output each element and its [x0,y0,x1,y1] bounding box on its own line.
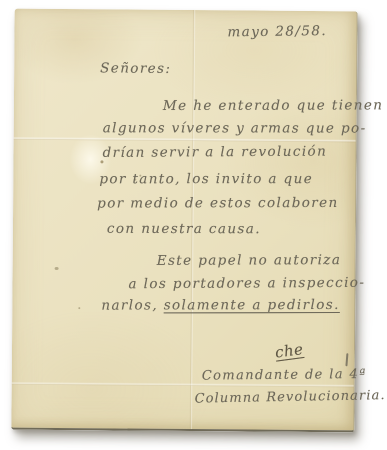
letter-line-text: narlos, [101,297,163,313]
letter-line: narlos, solamente a pedirlos. [101,297,339,314]
letter-line: por medio de estos colaboren [97,195,339,212]
letter-paper: mayo 28/58. Señores: Me he enterado que … [11,9,357,433]
letter-line: por tanto, los invito a que [99,171,313,187]
underlined-phrase: solamente a pedirlos. [164,297,340,313]
signature-che: che [274,340,305,362]
paper-speck [78,307,80,309]
photo-of-letter: mayo 28/58. Señores: Me he enterado que … [0,0,387,450]
letter-line: Este papel no autoriza [157,252,342,269]
pen-mark [345,353,348,366]
letter-line: a los portadores a inspeccio- [128,275,365,292]
letter-salutation: Señores: [100,60,171,77]
letter-line: algunos víveres y armas que po- [103,120,367,136]
paper-speck [55,267,59,270]
horizontal-fold-crease [14,137,356,143]
vertical-fold-crease [189,10,195,429]
letter-date: mayo 28/58. [227,23,327,40]
signature-title-line: Columna Revolucionaria. [194,388,385,406]
letter-line: con nuestra causa. [107,221,261,237]
letter-line: drían servir a la revolución [102,144,327,161]
letter-line: Me he enterado que tienen [163,97,384,114]
signature-title-line: Comandante de la 4ª [202,367,367,384]
